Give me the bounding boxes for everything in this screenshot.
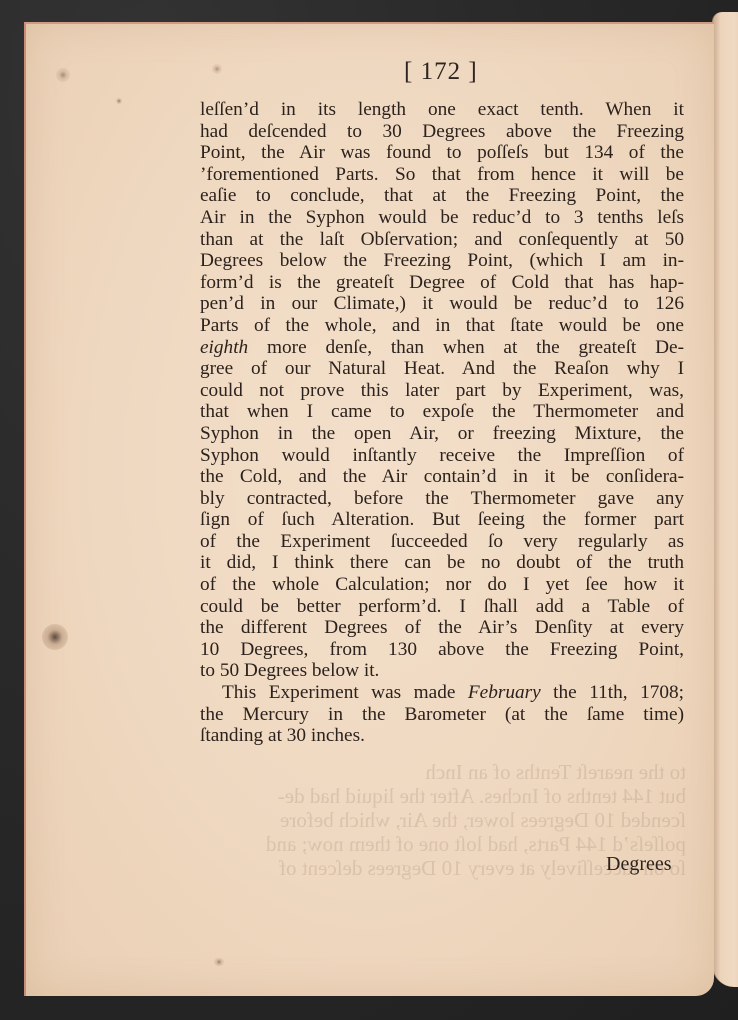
page-number: [ 172 ] bbox=[404, 58, 478, 86]
text-line: it did, I think there can be no doubt of… bbox=[200, 552, 684, 574]
text-line: pen’d in our Climate,) it would be reduc… bbox=[200, 293, 684, 315]
text-line: ’forementioned Parts. So that from hence… bbox=[200, 164, 684, 186]
text-line: the Cold, and the Air contain’d in it be… bbox=[200, 466, 684, 488]
text-fragment: This Experiment was made bbox=[222, 682, 468, 703]
text-line: form’d is the greateſt Degree of Cold th… bbox=[200, 272, 684, 294]
text-fragment: the 11th, 1708; bbox=[541, 682, 684, 703]
italic-word: eighth bbox=[200, 337, 248, 358]
facing-page-edge bbox=[712, 12, 738, 987]
paragraph-2-line-3: ſtanding at 30 inches. bbox=[200, 725, 684, 747]
text-line: had deſcended to 30 Degrees above the Fr… bbox=[200, 121, 684, 143]
text-line: eaſie to conclude, that at the Freezing … bbox=[200, 185, 684, 207]
text-line: leſſen’d in its length one exact tenth. … bbox=[200, 99, 684, 121]
body-text: leſſen’d in its length one exact tenth. … bbox=[200, 99, 684, 747]
ink-spot bbox=[214, 958, 224, 966]
text-line: bly contracted, before the Thermometer g… bbox=[200, 488, 684, 510]
ink-spot bbox=[42, 624, 68, 650]
text-line: 10 Degrees, from 130 above the Freezing … bbox=[200, 639, 684, 661]
text-line: Syphon in the open Air, or freezing Mixt… bbox=[200, 423, 684, 445]
ink-spot bbox=[116, 98, 122, 104]
text-line: Point, the Air was found to poſſeſs but … bbox=[200, 142, 684, 164]
text-line: of the Experiment ſucceeded ſo very regu… bbox=[200, 531, 684, 553]
text-line: gree of our Natural Heat. And the Reaſon… bbox=[200, 358, 684, 380]
text-line: Degrees below the Freezing Point, (which… bbox=[200, 250, 684, 272]
text-line: than at the laſt Obſervation; and conſeq… bbox=[200, 229, 684, 251]
text-line: Parts of the whole, and in that ſtate wo… bbox=[200, 315, 684, 337]
paragraph-2-line-1: This Experiment was made February the 11… bbox=[200, 682, 684, 704]
italic-month: February bbox=[468, 682, 541, 703]
text-line: ſign of ſuch Alteration. But ſeeing the … bbox=[200, 509, 684, 531]
text-line: could be better perform’d. I ſhall add a… bbox=[200, 596, 684, 618]
ink-spot bbox=[56, 68, 70, 82]
text-line: Syphon would inſtantly receive the Impre… bbox=[200, 445, 684, 467]
ink-spot bbox=[212, 64, 222, 74]
catchword: Degrees bbox=[606, 853, 672, 876]
paragraph-2-line-2: the Mercury in the Barometer (at the ſam… bbox=[200, 704, 684, 726]
text-fragment: more denſe, than when at the greateſt De… bbox=[267, 337, 684, 358]
text-line: to 50 Degrees below it. bbox=[200, 660, 684, 682]
text-line: the different Degrees of the Air’s Denſi… bbox=[200, 617, 684, 639]
text-line-with-italic: eighth more denſe, than when at the grea… bbox=[200, 337, 684, 359]
text-line: of the whole Calculation; nor do I yet ſ… bbox=[200, 574, 684, 596]
text-line: could not prove this later part by Exper… bbox=[200, 380, 684, 402]
text-line: that when I came to expoſe the Thermomet… bbox=[200, 401, 684, 423]
text-line: Air in the Syphon would be reduc’d to 3 … bbox=[200, 207, 684, 229]
